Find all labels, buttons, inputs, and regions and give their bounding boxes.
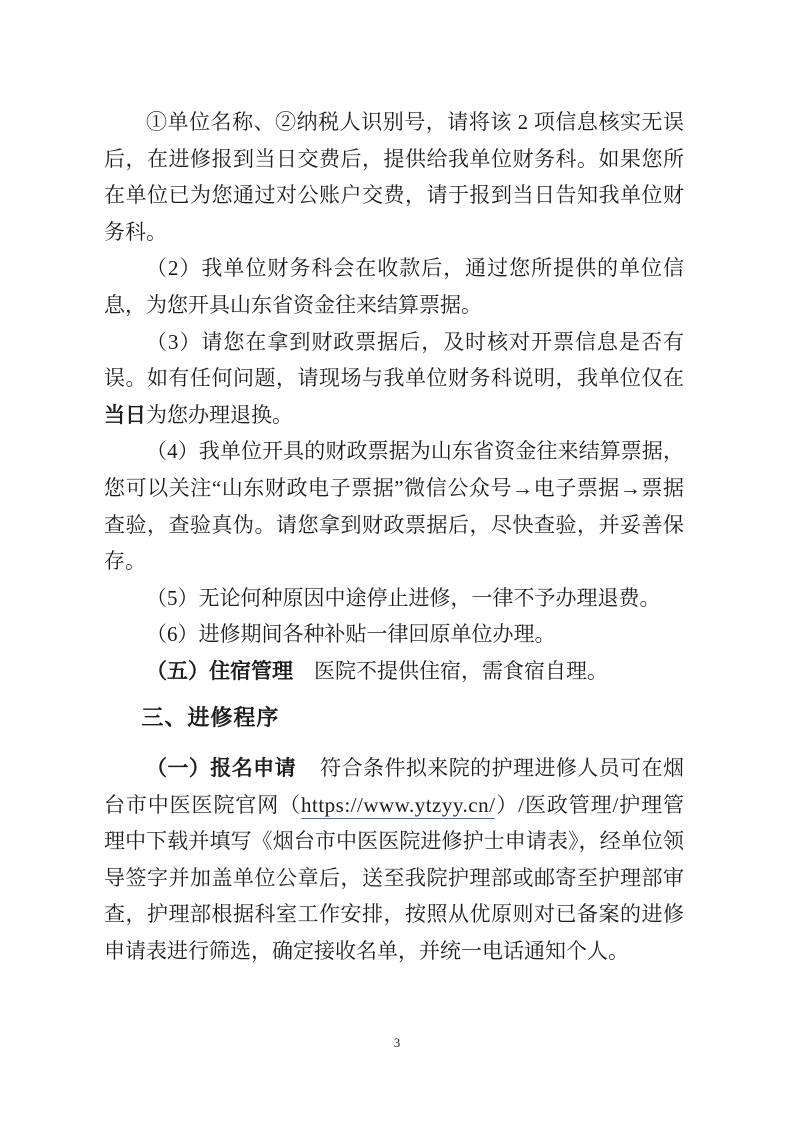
subsection-label-accommodation: （五）住宿管理 (146, 659, 293, 683)
paragraph-no-refund: （5）无论何种原因中途停止进修，一律不予办理退费。 (104, 580, 684, 617)
paragraph-text: （5）无论何种原因中途停止进修，一律不予办理退费。 (146, 586, 661, 610)
paragraph-text: ①单位名称、②纳税人识别号，请将该 2 项信息核实无误后，在进修报到当日交费后，… (104, 110, 684, 244)
paragraph-receipt-issuing: （2）我单位财务科会在收款后，通过您所提供的单位信息，为您开具山东省资金往来结算… (104, 250, 684, 323)
paragraph-check-invoice-info: （3）请您在拿到财政票据后，及时核对开票信息是否有误。如有任何问题，请现场与我单… (104, 324, 684, 434)
bold-emphasis-same-day: 当日 (104, 403, 146, 427)
paragraph-text: （6）进修期间各种补贴一律回原单位办理。 (146, 622, 556, 646)
paragraph-application: （一）报名申请符合条件拟来院的护理进修人员可在烟台市中医医院官网（https:/… (104, 750, 684, 970)
paragraph-text: 为您办理退换。 (146, 403, 293, 427)
document-page: ①单位名称、②纳税人识别号，请将该 2 项信息核实无误后，在进修报到当日交费后，… (0, 0, 794, 1123)
paragraph-accommodation: （五）住宿管理医院不提供住宿，需食宿自理。 (104, 653, 684, 690)
subsection-label-application: （一）报名申请 (146, 756, 296, 780)
heading-text: 三、进修程序 (141, 705, 279, 730)
paragraph-text: （3）请您在拿到财政票据后，及时核对开票信息是否有误。如有任何问题，请现场与我单… (104, 330, 684, 391)
hospital-website-link[interactable]: https://www.ytzyy.cn/ (301, 793, 495, 819)
paragraph-text: 医院不提供住宿，需食宿自理。 (314, 659, 608, 683)
paragraph-subsidy: （6）进修期间各种补贴一律回原单位办理。 (104, 616, 684, 653)
paragraph-verify-receipt: （4）我单位开具的财政票据为山东省资金往来结算票据，您可以关注“山东财政电子票据… (104, 433, 684, 579)
paragraph-text: （4）我单位开具的财政票据为山东省资金往来结算票据，您可以关注“山东财政电子票据… (104, 439, 684, 573)
page-number: 3 (0, 1035, 794, 1051)
paragraph-unit-invoice-info: ①单位名称、②纳税人识别号，请将该 2 项信息核实无误后，在进修报到当日交费后，… (104, 104, 684, 250)
paragraph-text: （2）我单位财务科会在收款后，通过您所提供的单位信息，为您开具山东省资金往来结算… (104, 256, 684, 317)
section-heading-training-procedure: 三、进修程序 (104, 700, 684, 737)
document-body: ①单位名称、②纳税人识别号，请将该 2 项信息核实无误后，在进修报到当日交费后，… (104, 104, 684, 970)
